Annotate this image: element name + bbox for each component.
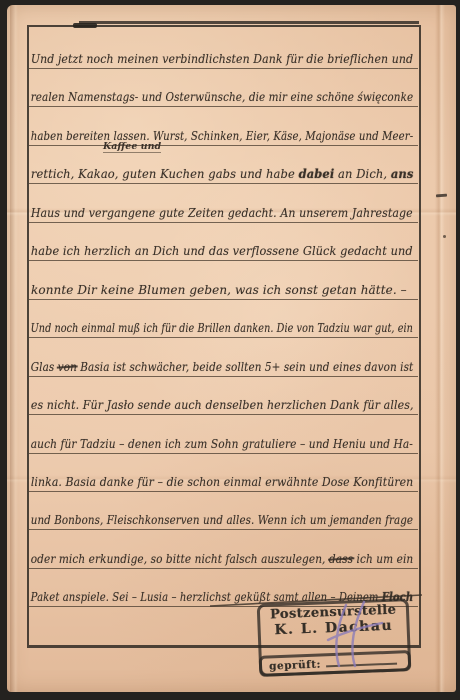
handwritten-text: auch für Tadziu – denen ich zum Sohn gra… xyxy=(29,438,413,453)
text-segment: haben bereiten lassen. Wurst, Schinken, … xyxy=(31,129,414,143)
text-segment: Und noch einmal muß ich für die Brillen … xyxy=(31,321,413,335)
text-segment: konnte Dir keine Blumen geben, was ich s… xyxy=(31,283,407,297)
text-segment: Und jetzt noch meinen verbindlichsten Da… xyxy=(31,52,413,66)
handwritten-text: realen Namenstags- und Osterwünsche, die… xyxy=(29,91,413,106)
handwritten-text: konnte Dir keine Blumen geben, was ich s… xyxy=(29,284,407,299)
struck-word: von xyxy=(58,360,77,374)
text-segment: dabei xyxy=(299,167,335,181)
page-border-frame-double-line xyxy=(79,21,419,24)
text-segment: Glas xyxy=(31,360,58,374)
paper-crease-vertical xyxy=(435,5,445,692)
handwritten-text: Und noch einmal muß ich für die Brillen … xyxy=(29,322,413,337)
text-segment: Basia ist schwächer, beide sollten 5+ se… xyxy=(77,360,413,374)
handwritten-line: haben bereiten lassen. Wurst, Schinken, … xyxy=(29,115,418,146)
handwritten-text: habe ich herzlich an Dich und das verflo… xyxy=(29,245,413,260)
handwritten-text: oder mich erkundige, so bitte nicht fals… xyxy=(29,553,413,568)
handwritten-text: Haus und vergangene gute Zeiten gedacht.… xyxy=(29,207,413,222)
handwritten-text: haben bereiten lassen. Wurst, Schinken, … xyxy=(29,130,413,145)
text-segment: ans xyxy=(391,167,414,181)
handwritten-text: es nicht. Für Jasło sende auch denselben… xyxy=(29,399,414,414)
censor-signature-mark xyxy=(316,598,396,672)
handwritten-text: rettich, Kakao, guten Kuchen gabs und ha… xyxy=(29,168,413,183)
text-segment: linka. Basia danke für – die schon einma… xyxy=(31,475,413,489)
handwritten-line: rettich, Kakao, guten Kuchen gabs und ha… xyxy=(29,153,418,184)
struck-word: dass xyxy=(329,552,353,566)
text-segment: ich um ein xyxy=(353,552,413,566)
handwritten-text: Glas von Basia ist schwächer, beide soll… xyxy=(29,361,413,376)
interline-insertion: Kaffee und xyxy=(103,142,161,153)
paper-crease-left-edge xyxy=(10,5,18,692)
handwritten-line: oder mich erkundige, so bitte nicht fals… xyxy=(29,538,418,569)
handwritten-line: realen Namenstags- und Osterwünsche, die… xyxy=(29,76,418,107)
text-segment: es nicht. Für Jasło sende auch denselben… xyxy=(31,398,414,412)
handwritten-line: Und jetzt noch meinen verbindlichsten Da… xyxy=(29,38,418,69)
text-segment: und Bonbons, Fleischkonserven und alles.… xyxy=(31,513,413,527)
handwritten-line: konnte Dir keine Blumen geben, was ich s… xyxy=(29,269,418,300)
handwritten-line: auch für Tadziu – denen ich zum Sohn gra… xyxy=(29,423,418,454)
handwritten-line: Glas von Basia ist schwächer, beide soll… xyxy=(29,346,418,377)
scanned-letter-page: { "document": { "kind": "handwritten-let… xyxy=(0,0,460,700)
gepruft-label: geprüft: xyxy=(269,658,321,672)
handwritten-text: linka. Basia danke für – die schon einma… xyxy=(29,476,413,491)
text-segment: auch für Tadziu – denen ich zum Sohn gra… xyxy=(31,437,413,451)
handwritten-text: Und jetzt noch meinen verbindlichsten Da… xyxy=(29,53,413,68)
handwritten-line: es nicht. Für Jasło sende auch denselben… xyxy=(29,384,418,415)
text-segment: rettich, Kakao, guten Kuchen gabs und ha… xyxy=(31,167,299,181)
text-segment: oder mich erkundige, so bitte nicht fals… xyxy=(31,552,329,566)
handwritten-line: Und noch einmal muß ich für die Brillen … xyxy=(29,307,418,338)
handwritten-line: habe ich herzlich an Dich und das verflo… xyxy=(29,230,418,261)
text-segment: Haus und vergangene gute Zeiten gedacht.… xyxy=(31,206,413,220)
handwritten-text: und Bonbons, Fleischkonserven und alles.… xyxy=(29,514,413,529)
handwritten-line: und Bonbons, Fleischkonserven und alles.… xyxy=(29,499,418,530)
handwritten-line: linka. Basia danke für – die schon einma… xyxy=(29,461,418,492)
text-segment: habe ich herzlich an Dich und das verflo… xyxy=(31,244,413,258)
handwritten-line: Haus und vergangene gute Zeiten gedacht.… xyxy=(29,192,418,223)
text-segment: realen Namenstags- und Osterwünsche, die… xyxy=(31,90,413,104)
stray-ink-mark xyxy=(443,235,446,238)
ink-blob-mark xyxy=(73,23,97,28)
text-segment: an Dich, xyxy=(334,167,391,181)
